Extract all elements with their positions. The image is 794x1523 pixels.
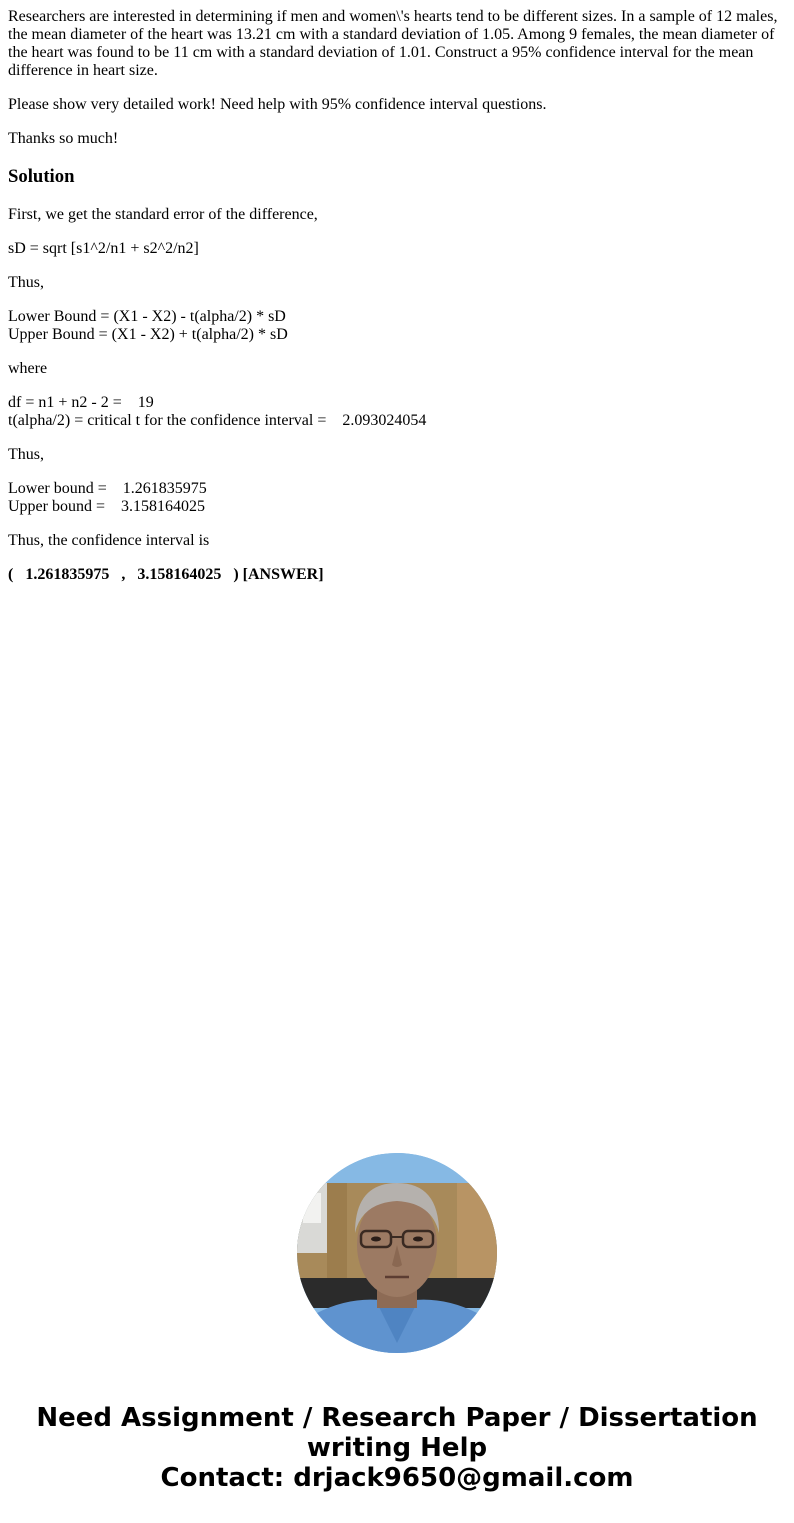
upper-bound-value: Upper bound = 3.158164025 xyxy=(8,498,205,515)
question-request: Please show very detailed work! Need hel… xyxy=(8,96,786,114)
banner-line-1: Need Assignment / Research Paper / Disse… xyxy=(0,1403,794,1433)
document-body: Researchers are interested in determinin… xyxy=(8,8,786,600)
question-paragraph: Researchers are interested in determinin… xyxy=(8,8,786,80)
person-photo-icon xyxy=(297,1153,497,1353)
bounds-results: Lower bound = 1.261835975 Upper bound = … xyxy=(8,480,786,516)
bound-formulas: Lower Bound = (X1 - X2) - t(alpha/2) * s… xyxy=(8,308,786,344)
upper-bound-formula: Upper Bound = (X1 - X2) + t(alpha/2) * s… xyxy=(8,326,288,343)
banner-line-2: writing Help xyxy=(0,1433,794,1463)
author-avatar xyxy=(297,1153,497,1353)
solution-heading: Solution xyxy=(8,166,786,188)
lower-bound-formula: Lower Bound = (X1 - X2) - t(alpha/2) * s… xyxy=(8,308,286,325)
thus-label: Thus, xyxy=(8,274,786,292)
degrees-of-freedom: df = n1 + n2 - 2 = 19 xyxy=(8,394,154,411)
contact-banner: Need Assignment / Research Paper / Disse… xyxy=(0,1403,794,1493)
ci-intro: Thus, the confidence interval is xyxy=(8,532,786,550)
where-label: where xyxy=(8,360,786,378)
lower-bound-value: Lower bound = 1.261835975 xyxy=(8,480,207,497)
parameters: df = n1 + n2 - 2 = 19 t(alpha/2) = criti… xyxy=(8,394,786,430)
question-thanks: Thanks so much! xyxy=(8,130,786,148)
critical-t-value: t(alpha/2) = critical t for the confiden… xyxy=(8,412,426,429)
final-answer: ( 1.261835975 , 3.158164025 ) [ANSWER] xyxy=(8,566,786,584)
contact-email: Contact: drjack9650@gmail.com xyxy=(0,1463,794,1493)
solution-intro: First, we get the standard error of the … xyxy=(8,206,786,224)
standard-error-formula: sD = sqrt [s1^2/n1 + s2^2/n2] xyxy=(8,240,786,258)
thus-label-2: Thus, xyxy=(8,446,786,464)
